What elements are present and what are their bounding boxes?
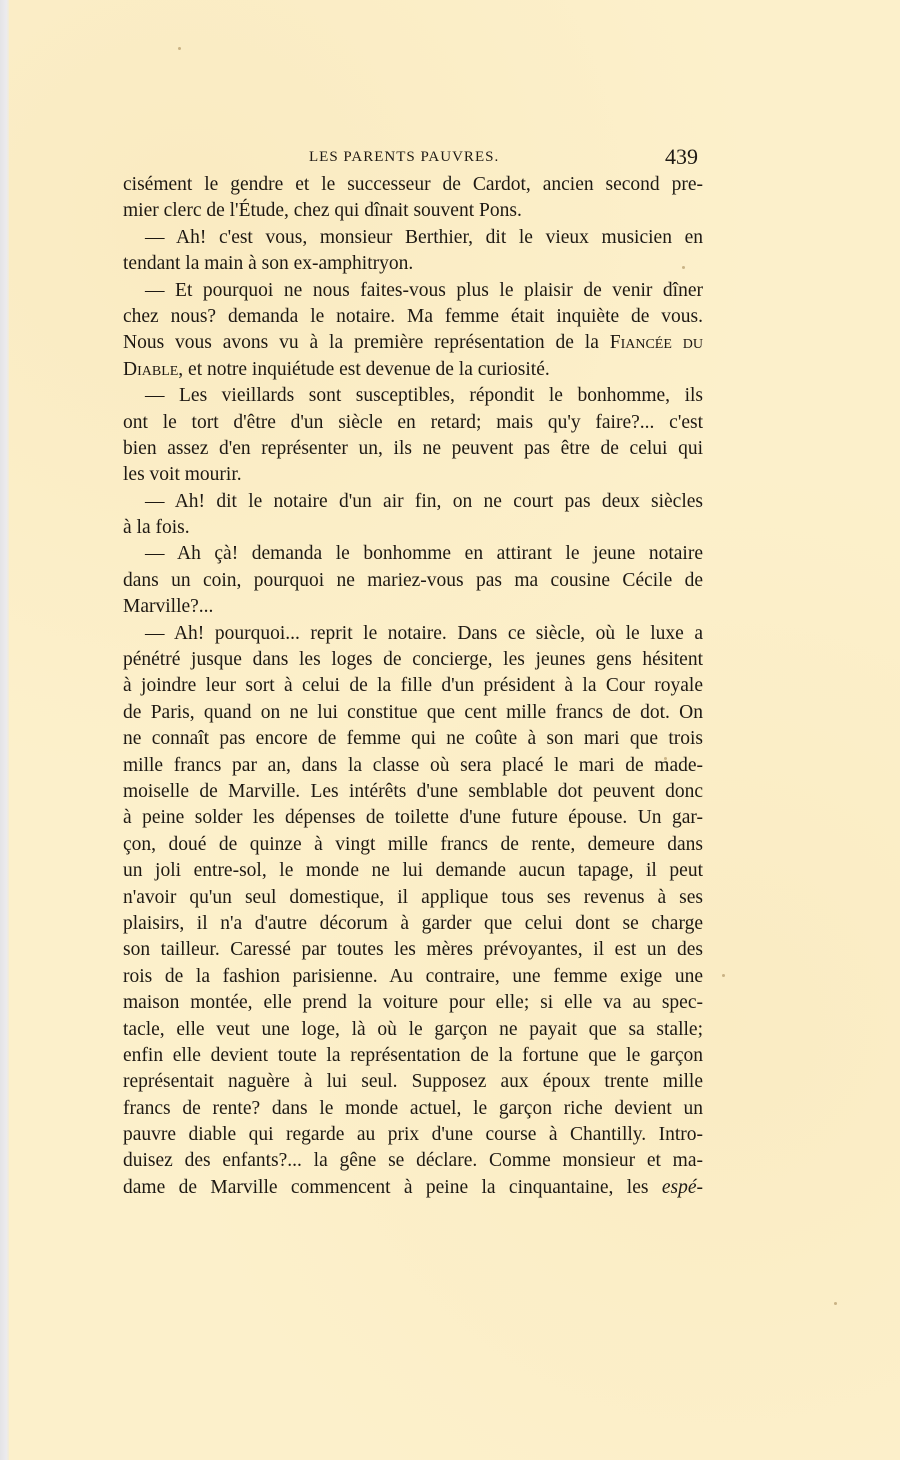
text-line: Marville?... xyxy=(123,594,703,620)
text-line: moiselle de Marville. Les intérêts d'une… xyxy=(123,779,703,805)
text-line: n'avoir qu'un seul domestique, il appliq… xyxy=(123,885,703,911)
text-line: à joindre leur sort à celui de la fille … xyxy=(123,673,703,699)
text-line: pénétré jusque dans les loges de concier… xyxy=(123,647,703,673)
title-smallcaps: Diable xyxy=(123,359,178,380)
text-line: enfin elle devient toute la représentati… xyxy=(123,1043,703,1069)
text-line: — Les vieillards sont susceptibles, répo… xyxy=(123,383,703,409)
title-smallcaps: Fiancée du xyxy=(610,332,703,353)
paper-speck xyxy=(682,266,685,269)
paper-speck xyxy=(664,757,667,760)
text-line: mier clerc de l'Étude, chez qui dînait s… xyxy=(123,198,703,224)
text-line: — Ah! dit le notaire d'un air fin, on ne… xyxy=(123,489,703,515)
text-line: ont le tort d'être d'un siècle en retard… xyxy=(123,410,703,436)
text-line: bien assez d'en représenter un, ils ne p… xyxy=(123,436,703,462)
text-line: dame de Marville commencent à peine la c… xyxy=(123,1175,703,1201)
text-line: — Ah! pourquoi... reprit le notaire. Dan… xyxy=(123,621,703,647)
paper-speck xyxy=(834,1302,837,1305)
text-line: — Et pourquoi ne nous faites-vous plus l… xyxy=(123,278,703,304)
text-line: les voit mourir. xyxy=(123,462,703,488)
text-line: Diable, et notre inquiétude est devenue … xyxy=(123,357,703,383)
italic-word: espé- xyxy=(662,1177,703,1198)
text-line: francs de rente? dans le monde actuel, l… xyxy=(123,1096,703,1122)
text-line: rois de la fashion parisienne. Au contra… xyxy=(123,964,703,990)
text-line: tendant la main à son ex-amphitryon. xyxy=(123,251,703,277)
text-line: son tailleur. Caressé par toutes les mèr… xyxy=(123,937,703,963)
text-line: — Ah çà! demanda le bonhomme en attirant… xyxy=(123,541,703,567)
text-line: représentait naguère à lui seul. Suppose… xyxy=(123,1069,703,1095)
paper-speck xyxy=(178,47,181,50)
scan-left-edge xyxy=(0,0,9,1460)
text-line: tacle, elle veut une loge, là où le garç… xyxy=(123,1017,703,1043)
text-line: ne connaît pas encore de femme qui ne co… xyxy=(123,726,703,752)
text-line: à la fois. xyxy=(123,515,703,541)
page-number: 439 xyxy=(665,144,698,170)
text-line: plaisirs, il n'a d'autre décorum à garde… xyxy=(123,911,703,937)
text-line: — Ah! c'est vous, monsieur Berthier, dit… xyxy=(123,225,703,251)
text-line: duisez des enfants?... la gêne se déclar… xyxy=(123,1148,703,1174)
text-line: de Paris, quand on ne lui constitue que … xyxy=(123,700,703,726)
text-line: mille francs par an, dans la classe où s… xyxy=(123,753,703,779)
body-text: cisément le gendre et le successeur de C… xyxy=(123,172,703,1201)
text-line: à peine solder les dépenses de toilette … xyxy=(123,805,703,831)
text-line: dans un coin, pourquoi ne mariez-vous pa… xyxy=(123,568,703,594)
text-line: çon, doué de quinze à vingt mille francs… xyxy=(123,832,703,858)
running-head: LES PARENTS PAUVRES. xyxy=(309,149,499,166)
text-line: un joli entre-sol, le monde ne lui deman… xyxy=(123,858,703,884)
text-line: chez nous? demanda le notaire. Ma femme … xyxy=(123,304,703,330)
text-line: Nous vous avons vu à la première représe… xyxy=(123,330,703,356)
text-line: pauvre diable qui regarde au prix d'une … xyxy=(123,1122,703,1148)
paper-speck xyxy=(722,974,725,977)
text-line: cisément le gendre et le successeur de C… xyxy=(123,172,703,198)
text-line: maison montée, elle prend la voiture pou… xyxy=(123,990,703,1016)
